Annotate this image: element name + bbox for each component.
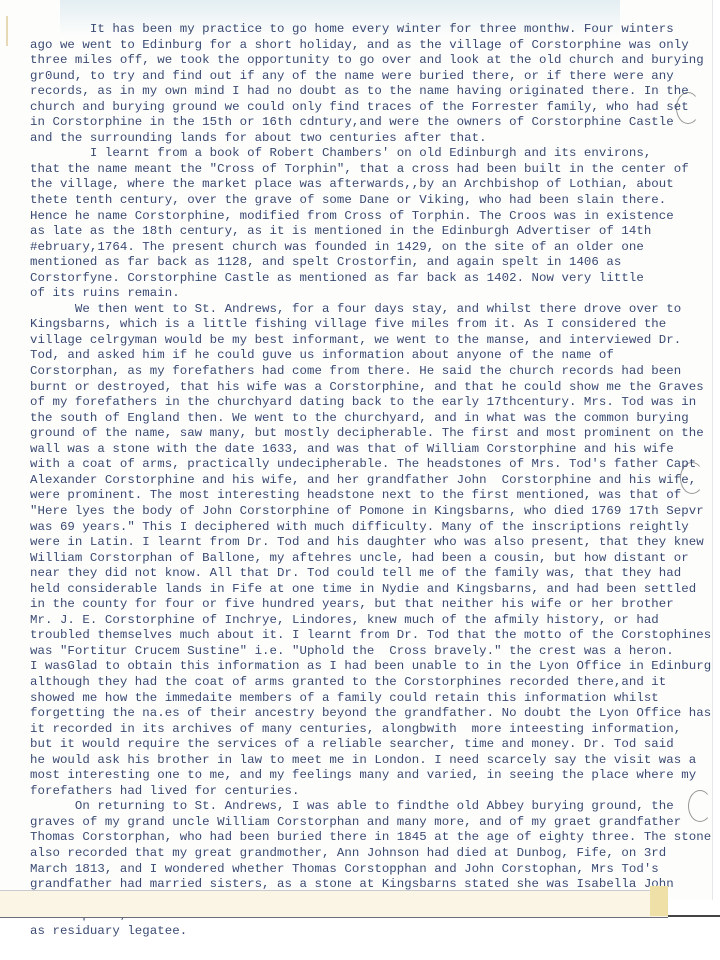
- text-line: burnt or destroyed, that his wife was a …: [30, 380, 710, 396]
- text-line: Alexander Corstorphine and his wife, and…: [30, 473, 710, 489]
- text-line: he would ask his brother in law to meet …: [30, 753, 710, 769]
- text-line: showed me how the immedaite members of a…: [30, 691, 710, 707]
- paper-mark: [6, 16, 8, 46]
- edge-line: [668, 915, 720, 917]
- text-line: We then went to St. Andrews, for a four …: [30, 302, 710, 318]
- text-line: were in Latin. I learnt from Dr. Tod and…: [30, 535, 710, 551]
- text-line: ground of the name, saw many, but mostly…: [30, 426, 710, 442]
- text-line: near they did not know. All that Dr. Tod…: [30, 566, 710, 582]
- text-line: Corstorfyne. Corstorphine Castle as ment…: [30, 271, 710, 287]
- text-line: also recorded that my great grandmother,…: [30, 846, 710, 862]
- text-line: and the surrounding lands for about two …: [30, 131, 710, 147]
- text-line: ago we went to Edinburg for a short holi…: [30, 38, 710, 54]
- text-line: church and burying ground we could only …: [30, 100, 710, 116]
- text-line: in the county for four or five hundred y…: [30, 597, 710, 613]
- text-line: It has been my practice to go home every…: [30, 22, 710, 38]
- text-line: graves of my grand uncle William Corstor…: [30, 815, 710, 831]
- text-line: wall was a stone with the date 1633, and…: [30, 442, 710, 458]
- text-line: I wasGlad to obtain this information as …: [30, 659, 710, 675]
- text-line: thete tenth century, over the grave of s…: [30, 193, 710, 209]
- text-line: forgetting the na.es of their ancestry b…: [30, 706, 710, 722]
- text-line: of my forefathers in the churchyard dati…: [30, 395, 710, 411]
- text-line: most interesting one to me, and my feeli…: [30, 768, 710, 784]
- text-line: forefathers had lived for centuries.: [30, 784, 710, 800]
- text-line: was "Fortitur Crucem Sustine" i.e. "Upho…: [30, 644, 710, 660]
- text-line: of its ruins remain.: [30, 286, 710, 302]
- text-line: it recorded in its archives of many cent…: [30, 722, 710, 738]
- text-line: mentioned as far back as 1128, and spelt…: [30, 255, 710, 271]
- text-line: three miles off, we took the opportunity…: [30, 53, 710, 69]
- document-body: It has been my practice to go home every…: [30, 22, 710, 939]
- text-line: that the name meant the "Cross of Torphi…: [30, 162, 710, 178]
- text-line: gr0und, to try and find out if any of th…: [30, 69, 710, 85]
- text-line: troubled themselves much about it. I lea…: [30, 628, 710, 644]
- text-line: the south of England then. We went to th…: [30, 411, 710, 427]
- text-line: as residuary legatee.: [30, 924, 710, 940]
- text-line: Thomas Corstorphan, who had been buried …: [30, 830, 710, 846]
- text-line: records, as in my own mind I had no doub…: [30, 84, 710, 100]
- typewritten-page: It has been my practice to go home every…: [0, 0, 713, 900]
- text-line: but it would require the services of a r…: [30, 737, 710, 753]
- text-line: in Corstorphine in the 15th or 16th cdnt…: [30, 115, 710, 131]
- text-line: Mr. J. E. Corstorphine of Inchrye, Lindo…: [30, 613, 710, 629]
- text-line: March 1813, and I wondered whether Thoma…: [30, 862, 710, 878]
- text-line: were prominent. The most interesting hea…: [30, 488, 710, 504]
- text-line: William Corstorphan of Ballone, my afteh…: [30, 551, 710, 567]
- text-line: Tod, and asked him if he could guve us i…: [30, 348, 710, 364]
- text-line: held considerable lands in Fife at one t…: [30, 582, 710, 598]
- text-line: I learnt from a book of Robert Chambers'…: [30, 146, 710, 162]
- text-line: Hence he name Corstorphine, modified fro…: [30, 209, 710, 225]
- text-line: although they had the coat of arms grant…: [30, 675, 710, 691]
- text-line: village celrgyman would be my best infor…: [30, 333, 710, 349]
- text-line: with a coat of arms, practically undecip…: [30, 457, 710, 473]
- text-line: as late as the 18th century, as it is me…: [30, 224, 710, 240]
- text-line: Kingsbarns, which is a little fishing vi…: [30, 317, 710, 333]
- tape-mark: [650, 886, 668, 916]
- text-line: On returning to St. Andrews, I was able …: [30, 799, 710, 815]
- paper-bottom-edge: [0, 890, 668, 918]
- text-line: the village, where the market place was …: [30, 177, 710, 193]
- text-line: Corstorphan, as my forefathers had come …: [30, 364, 710, 380]
- text-line: "Here lyes the body of John Corstorphine…: [30, 504, 710, 520]
- text-line: #ebruary,1764. The present church was fo…: [30, 240, 710, 256]
- text-line: was 69 years." This I deciphered with mu…: [30, 520, 710, 536]
